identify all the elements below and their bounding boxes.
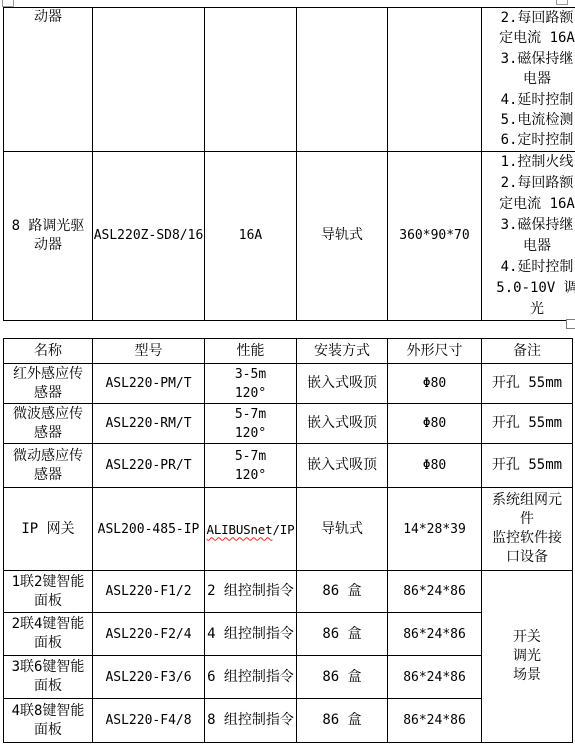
cell-name: IP 网关 (4, 488, 93, 571)
cell-mount: 嵌入式吸顶 (297, 444, 388, 488)
table-row: 微波感应传 感器 ASL220-RM/T 5-7m 120° 嵌入式吸顶 Φ80… (4, 404, 573, 444)
table-row: 1联2键智能 面板 ASL220-F1/2 2 组控制指令 86 盒 86*24… (4, 571, 573, 613)
cell-name: 2联4键智能 面板 (4, 613, 93, 656)
cell-size: 86*24*86 (388, 656, 482, 699)
table-move-handle-icon[interactable] (2, 0, 14, 7)
cell-size (388, 8, 482, 152)
cell-model (93, 8, 205, 152)
cell-model: ASL220-F2/4 (93, 613, 205, 656)
cell-name: 微动感应传 感器 (4, 444, 93, 488)
dimmer-driver-spec-table: 动器 2.每回路额 定电流 16A 3.磁保持继 电器 4.延时控制 5.电流检… (3, 7, 575, 321)
cell-model: ASL220-F4/8 (93, 699, 205, 743)
cell-remark: 1.控制火线 2.每回路额 定电流 16A 3.磁保持继 电器 4.延时控制 5… (482, 151, 575, 320)
misspelled-word: ALIBUSnet (207, 522, 273, 537)
cell-remark: 2.每回路额 定电流 16A 3.磁保持继 电器 4.延时控制 5.电流检测 6… (482, 8, 575, 152)
page-corner-mark-icon (556, 0, 568, 5)
cell-mount: 嵌入式吸顶 (297, 404, 388, 444)
cell-model: ASL220-RM/T (93, 404, 205, 444)
cell-size: 86*24*86 (388, 613, 482, 656)
cell-model: ASL220-F1/2 (93, 571, 205, 613)
cell-performance: 6 组控制指令 (205, 656, 297, 699)
cell-model: ASL200-485-IP (93, 488, 205, 571)
cell-performance: ALIBUSnet/IP (205, 488, 297, 571)
cell-mount: 嵌入式吸顶 (297, 364, 388, 404)
cell-name: 1联2键智能 面板 (4, 571, 93, 613)
table-resize-handle-icon[interactable] (566, 319, 575, 329)
table-header-row: 名称 型号 性能 安装方式 外形尺寸 备注 (4, 339, 573, 364)
cell-name: 4联8键智能 面板 (4, 699, 93, 743)
cell-performance: 4 组控制指令 (205, 613, 297, 656)
cell-mount: 86 盒 (297, 571, 388, 613)
cell-performance: 8 组控制指令 (205, 699, 297, 743)
cell-size: 360*90*70 (388, 151, 482, 320)
table-row: 微动感应传 感器 ASL220-PR/T 5-7m 120° 嵌入式吸顶 Φ80… (4, 444, 573, 488)
cell-name: 3联6键智能 面板 (4, 656, 93, 699)
header-size: 外形尺寸 (388, 339, 482, 364)
cell-model: ASL220-PR/T (93, 444, 205, 488)
cell-name: 微波感应传 感器 (4, 404, 93, 444)
cell-performance-rest: /IP (272, 522, 294, 537)
header-name: 名称 (4, 339, 93, 364)
cell-size: Φ80 (388, 364, 482, 404)
cell-mount (297, 8, 388, 152)
cell-name: 动器 (4, 8, 93, 152)
cell-size: Φ80 (388, 444, 482, 488)
header-model: 型号 (93, 339, 205, 364)
cell-mount: 86 盒 (297, 613, 388, 656)
cell-performance (205, 8, 297, 152)
cell-performance: 5-7m 120° (205, 444, 297, 488)
cell-remark: 开孔 55mm (482, 444, 573, 488)
cell-name: 红外感应传 感器 (4, 364, 93, 404)
cell-mount: 导轨式 (297, 151, 388, 320)
header-mount: 安装方式 (297, 339, 388, 364)
cell-model: ASL220-PM/T (93, 364, 205, 404)
cell-performance: 5-7m 120° (205, 404, 297, 444)
cell-mount: 86 盒 (297, 656, 388, 699)
cell-remark: 开孔 55mm (482, 404, 573, 444)
table-row: 动器 2.每回路额 定电流 16A 3.磁保持继 电器 4.延时控制 5.电流检… (4, 8, 575, 152)
cell-remark: 开孔 55mm (482, 364, 573, 404)
table-row: 8 路调光驱 动器 ASL220Z-SD8/16 16A 导轨式 360*90*… (4, 151, 575, 320)
cell-model: ASL220Z-SD8/16 (93, 151, 205, 320)
cell-mount: 导轨式 (297, 488, 388, 571)
cell-size: Φ80 (388, 404, 482, 444)
cell-mount: 86 盒 (297, 699, 388, 743)
cell-remark-merged: 开关 调光 场景 (482, 571, 573, 743)
cell-model: ASL220-F3/6 (93, 656, 205, 699)
cell-performance: 3-5m 120° (205, 364, 297, 404)
cell-size: 86*24*86 (388, 571, 482, 613)
cell-size: 86*24*86 (388, 699, 482, 743)
header-remark: 备注 (482, 339, 573, 364)
header-performance: 性能 (205, 339, 297, 364)
cell-performance: 16A (205, 151, 297, 320)
table-row: IP 网关 ASL200-485-IP ALIBUSnet/IP 导轨式 14*… (4, 488, 573, 571)
cell-name: 8 路调光驱 动器 (4, 151, 93, 320)
product-spec-table: 名称 型号 性能 安装方式 外形尺寸 备注 红外感应传 感器 ASL220-PM… (3, 338, 573, 743)
cell-performance: 2 组控制指令 (205, 571, 297, 613)
cell-size: 14*28*39 (388, 488, 482, 571)
cell-remark: 系统组网元 件 监控软件接 口设备 (482, 488, 573, 571)
table-row: 红外感应传 感器 ASL220-PM/T 3-5m 120° 嵌入式吸顶 Φ80… (4, 364, 573, 404)
